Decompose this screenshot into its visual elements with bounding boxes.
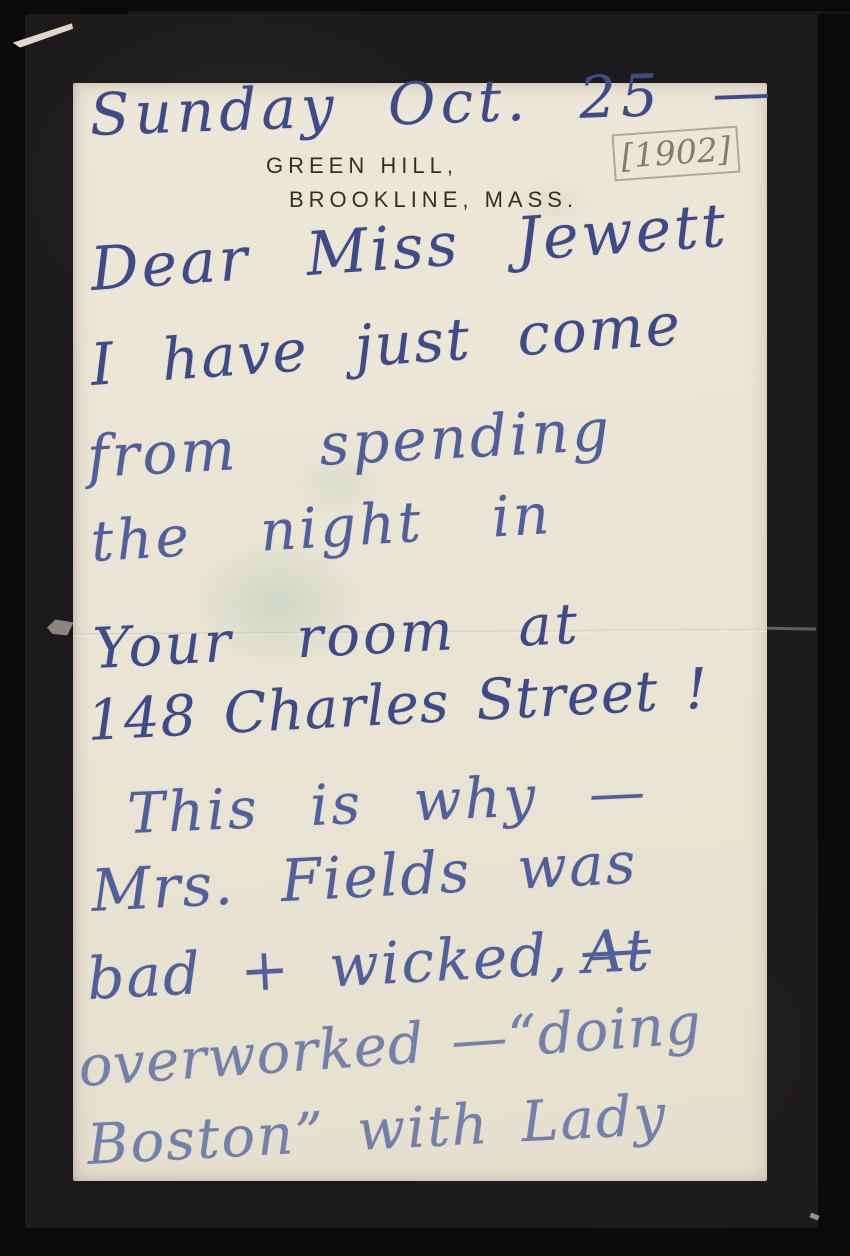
letterhead-line1: GREEN HILL,: [266, 153, 458, 179]
handwritten-line: from spending: [85, 396, 613, 491]
handwritten-line: the night in: [89, 482, 554, 575]
struck-out-word: At: [581, 916, 653, 987]
photo-mat: Sunday Oct. 25 — [1902] GREEN HILL, BROO…: [25, 14, 818, 1228]
handwritten-line: I have just come: [88, 290, 684, 399]
pencil-year-annotation: [1902]: [612, 126, 741, 182]
handwritten-line: bad + wicked,At: [85, 916, 652, 1013]
scanned-letter-photo: Sunday Oct. 25 — [1902] GREEN HILL, BROO…: [0, 0, 850, 1256]
handwritten-line: Boston” with Lady: [86, 1083, 669, 1178]
letter-paper: Sunday Oct. 25 — [1902] GREEN HILL, BROO…: [73, 83, 767, 1181]
handwritten-text: bad + wicked,: [85, 920, 570, 1013]
